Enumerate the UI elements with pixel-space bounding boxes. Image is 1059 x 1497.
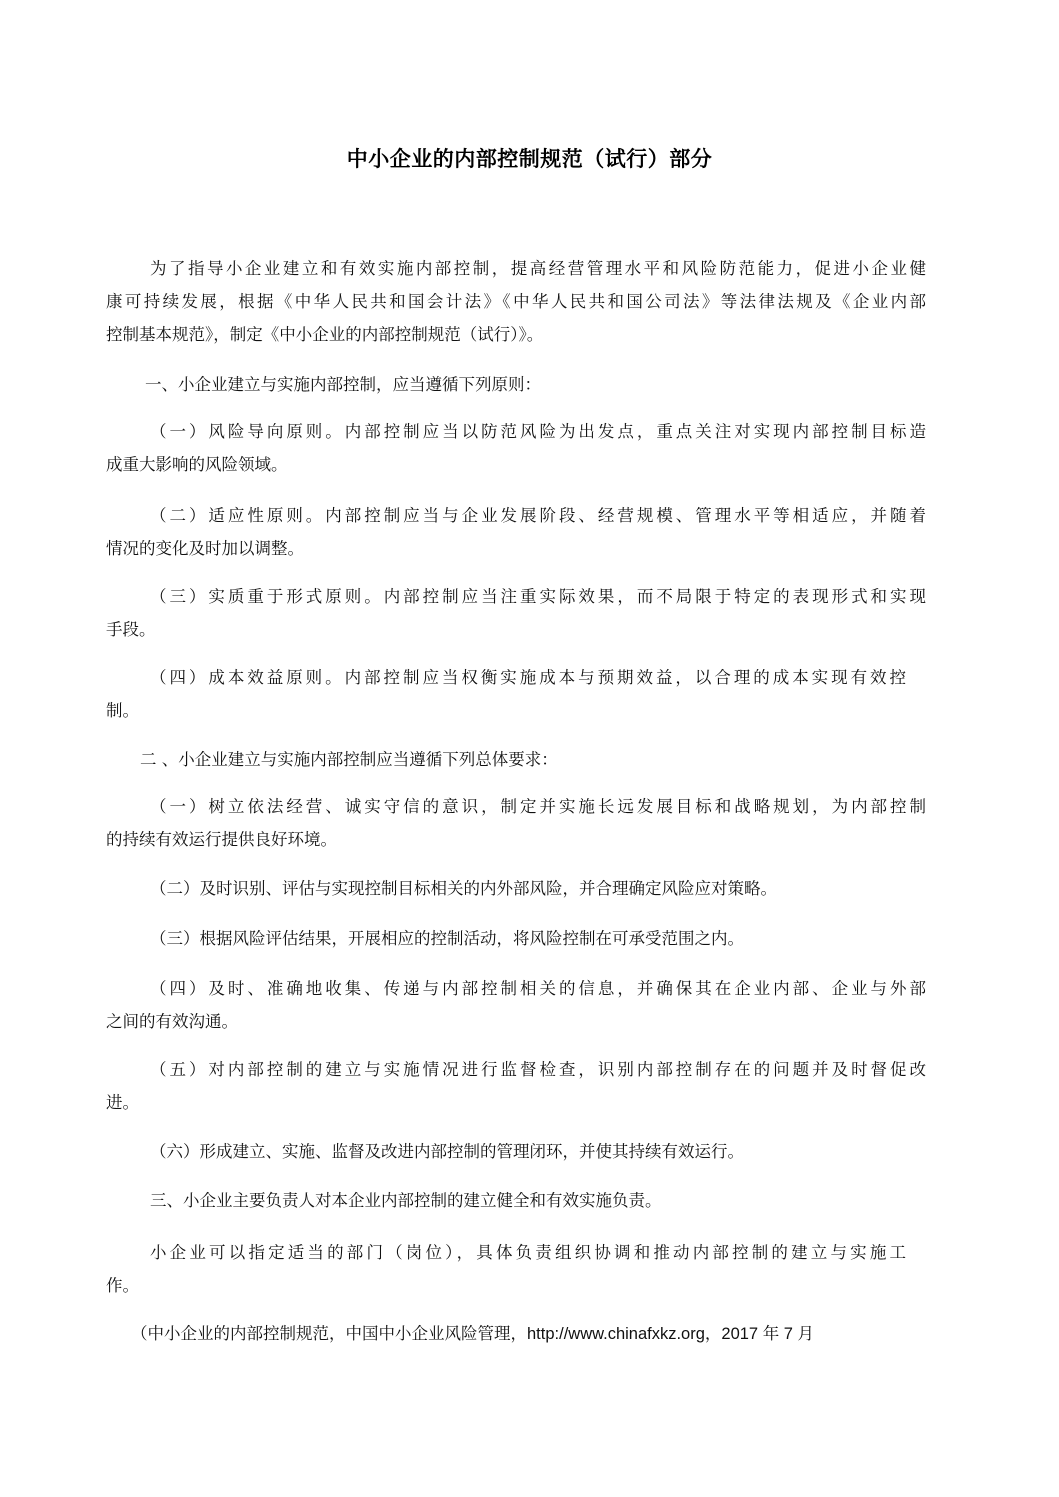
section-2-item-5-line-1: （五）对内部控制的建立与实施情况进行监督检查，识别内部控制存在的问题并及时督促改 bbox=[150, 1059, 926, 1081]
section-1-item-2-line-2: 情况的变化及时加以调整。 bbox=[106, 538, 304, 560]
section-1-item-2-line-1: （二）适应性原则。内部控制应当与企业发展阶段、经营规模、管理水平等相适应，并随着 bbox=[150, 505, 926, 527]
section-1-item-1-line-2: 成重大影响的风险领域。 bbox=[106, 454, 288, 476]
section-1-item-1-line-1: （一）风险导向原则。内部控制应当以防范风险为出发点，重点关注对实现内部控制目标造 bbox=[150, 421, 926, 443]
section-2-item-1-line-1: （一）树立依法经营、诚实守信的意识，制定并实施长远发展目标和战略规划，为内部控制 bbox=[150, 796, 926, 818]
document-title: 中小企业的内部控制规范（试行）部分 bbox=[0, 143, 1059, 173]
intro-line-2: 康可持续发展，根据《中华人民共和国会计法》《中华人民共和国公司法》等法律法规及《… bbox=[106, 291, 926, 313]
source-citation: （中小企业的内部控制规范，中国中小企业风险管理，http://www.china… bbox=[131, 1323, 814, 1345]
intro-line-1: 为了指导小企业建立和有效实施内部控制，提高经营管理水平和风险防范能力，促进小企业… bbox=[150, 258, 926, 280]
section-2-item-5-line-2: 进。 bbox=[106, 1092, 139, 1114]
section-2-item-4-line-2: 之间的有效沟通。 bbox=[106, 1011, 238, 1033]
section-2-item-2: （二）及时识别、评估与实现控制目标相关的内外部风险，并合理确定风险应对策略。 bbox=[150, 878, 777, 900]
section-2-item-4-line-1: （四）及时、准确地收集、传递与内部控制相关的信息，并确保其在企业内部、企业与外部 bbox=[150, 978, 926, 1000]
intro-line-3: 控制基本规范》，制定《中小企业的内部控制规范（试行）》。 bbox=[106, 324, 543, 346]
section-2-item-3: （三）根据风险评估结果，开展相应的控制活动，将风险控制在可承受范围之内。 bbox=[150, 928, 744, 950]
section-1-item-4-line-1: （四）成本效益原则。内部控制应当权衡实施成本与预期效益，以合理的成本实现有效控 bbox=[150, 667, 906, 689]
document-page: 中小企业的内部控制规范（试行）部分 为了指导小企业建立和有效实施内部控制，提高经… bbox=[0, 0, 1059, 1497]
section-2-heading: 二 、小企业建立与实施内部控制应当遵循下列总体要求： bbox=[140, 749, 558, 771]
section-3-paragraph-line-2: 作。 bbox=[106, 1275, 139, 1297]
section-2-item-6: （六）形成建立、实施、监督及改进内部控制的管理闭环，并使其持续有效运行。 bbox=[150, 1141, 744, 1163]
section-2-item-1-line-2: 的持续有效运行提供良好环境。 bbox=[106, 829, 337, 851]
section-3-heading: 三、小企业主要负责人对本企业内部控制的建立健全和有效实施负责。 bbox=[150, 1190, 662, 1212]
section-1-item-3-line-2: 手段。 bbox=[106, 619, 156, 641]
section-3-paragraph-line-1: 小企业可以指定适当的部门（岗位），具体负责组织协调和推动内部控制的建立与实施工 bbox=[150, 1242, 906, 1264]
section-1-heading: 一、小企业建立与实施内部控制，应当遵循下列原则： bbox=[145, 374, 541, 396]
section-1-item-4-line-2: 制。 bbox=[106, 700, 139, 722]
section-1-item-3-line-1: （三）实质重于形式原则。内部控制应当注重实际效果，而不局限于特定的表现形式和实现 bbox=[150, 586, 926, 608]
